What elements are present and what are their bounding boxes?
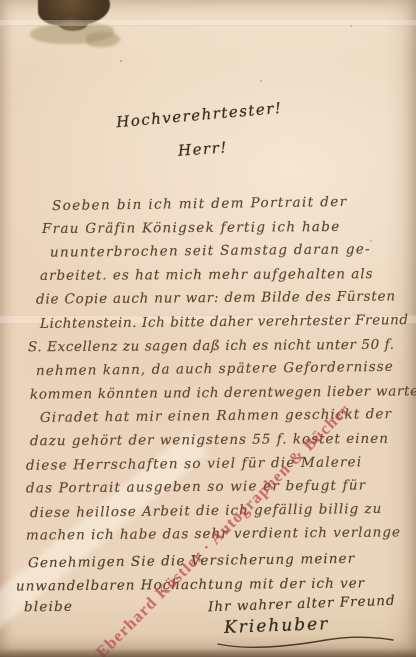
- stain-tail-end: [86, 32, 120, 47]
- paper-bottom-edge-shadow: [0, 648, 416, 657]
- salutation-line-2: Herr!: [177, 138, 228, 159]
- body-line: nehmen kann, da auch spätere Gefordernis…: [36, 359, 394, 379]
- body-line: dazu gehört der wenigstens 55 f. kostet …: [30, 431, 389, 450]
- body-line: ununterbrochen seit Samstag daran ge-: [50, 241, 371, 260]
- body-line: diese Herrschaften so viel für die Maler…: [26, 454, 363, 474]
- body-line: die Copie auch nur war: dem Bilde des Fü…: [36, 288, 396, 307]
- valediction: Ihr wahrer alter Freund: [208, 593, 396, 616]
- salutation-line-1: Hochverehrtester!: [116, 99, 284, 131]
- body-line: Soeben bin ich mit dem Portrait der: [52, 194, 348, 214]
- body-line: diese heillose Arbeit die ich gefällig b…: [30, 501, 382, 521]
- body-line: kommen könnten und ich derentwegen liebe…: [30, 383, 416, 402]
- fold-line-top: [0, 20, 416, 26]
- body-line: S. Excellenz zu sagen daß ich es nicht u…: [28, 337, 395, 356]
- paper-speckles: [120, 60, 122, 62]
- body-line: das Portrait ausgeben so wie er befugt f…: [26, 478, 367, 497]
- closing-line: unwandelbaren Hochachtung mit der ich ve…: [16, 575, 365, 594]
- closing-line: bleibe: [24, 599, 73, 616]
- letter-page: Hochverehrtester! Herr! Soeben bin ich m…: [0, 0, 416, 657]
- body-line: arbeitet. es hat mich mehr aufgehalten a…: [40, 266, 374, 284]
- body-line: Lichtenstein. Ich bitte daher verehrtest…: [40, 312, 409, 332]
- body-line: Frau Gräfin Königsek fertig ich habe: [42, 219, 341, 237]
